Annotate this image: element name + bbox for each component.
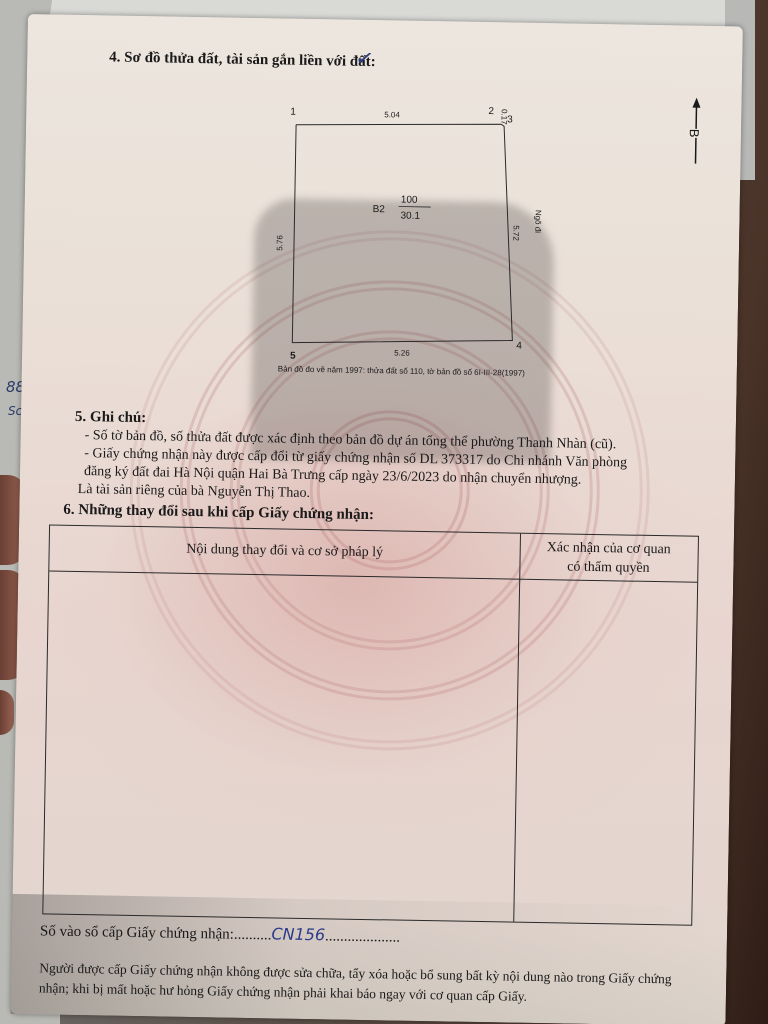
- land-certificate-page: 4. Sơ đồ thửa đất, tài sản gắn liền với …: [11, 14, 743, 1024]
- vertex-2: 2: [488, 106, 494, 117]
- vertex-5: 5: [290, 351, 296, 362]
- plot-sketch: 1 2 3 4 5 5.04 0.17 5.72 5.26 5.76 B2 10…: [272, 96, 607, 392]
- vertex-1: 1: [290, 107, 296, 118]
- parcel-code: B2: [373, 204, 385, 215]
- registration-number-handwritten: CN156: [271, 924, 325, 944]
- edge-length-top: 5.04: [384, 110, 400, 119]
- edge-length-bottom: 5.26: [394, 348, 410, 357]
- leader-dots: ....................: [325, 928, 400, 945]
- edge-length-left: 5.76: [275, 235, 284, 251]
- parcel-area: 30.1: [400, 211, 420, 222]
- section-4-heading: 4. Sơ đồ thửa đất, tài sản gắn liền với …: [109, 49, 376, 71]
- column-header-change-content: Nội dung thay đổi và cơ sở pháp lý: [50, 537, 520, 564]
- registration-label: Số vào sổ cấp Giấy chứng nhận:: [40, 923, 234, 942]
- section-5-heading: 5. Ghi chú:: [75, 409, 147, 427]
- adjacent-alley-label: Ngõ đi: [533, 210, 542, 233]
- column-header-line: có thẩm quyền: [519, 557, 697, 579]
- edge-length-right: 5.72: [511, 225, 520, 241]
- parcel-polygon: [272, 96, 607, 392]
- north-label: B: [687, 129, 702, 138]
- finger: [0, 690, 14, 735]
- parcel-number: 100: [401, 195, 418, 206]
- north-arrow-icon: B: [685, 98, 706, 168]
- vertex-4: 4: [516, 341, 522, 352]
- table-column-divider: [513, 534, 521, 922]
- leader-dots: ..........: [234, 927, 272, 944]
- column-header-authority-confirmation: Xác nhận của cơ quan có thẩm quyền: [519, 538, 698, 579]
- note-line-4: Là tài sản riêng của bà Nguyễn Thị Thao.: [78, 482, 311, 502]
- column-header-line: Xác nhận của cơ quan: [520, 538, 698, 560]
- changes-table: Nội dung thay đổi và cơ sở pháp lý Xác n…: [42, 524, 699, 925]
- edge-length-corner: 0.17: [499, 109, 508, 125]
